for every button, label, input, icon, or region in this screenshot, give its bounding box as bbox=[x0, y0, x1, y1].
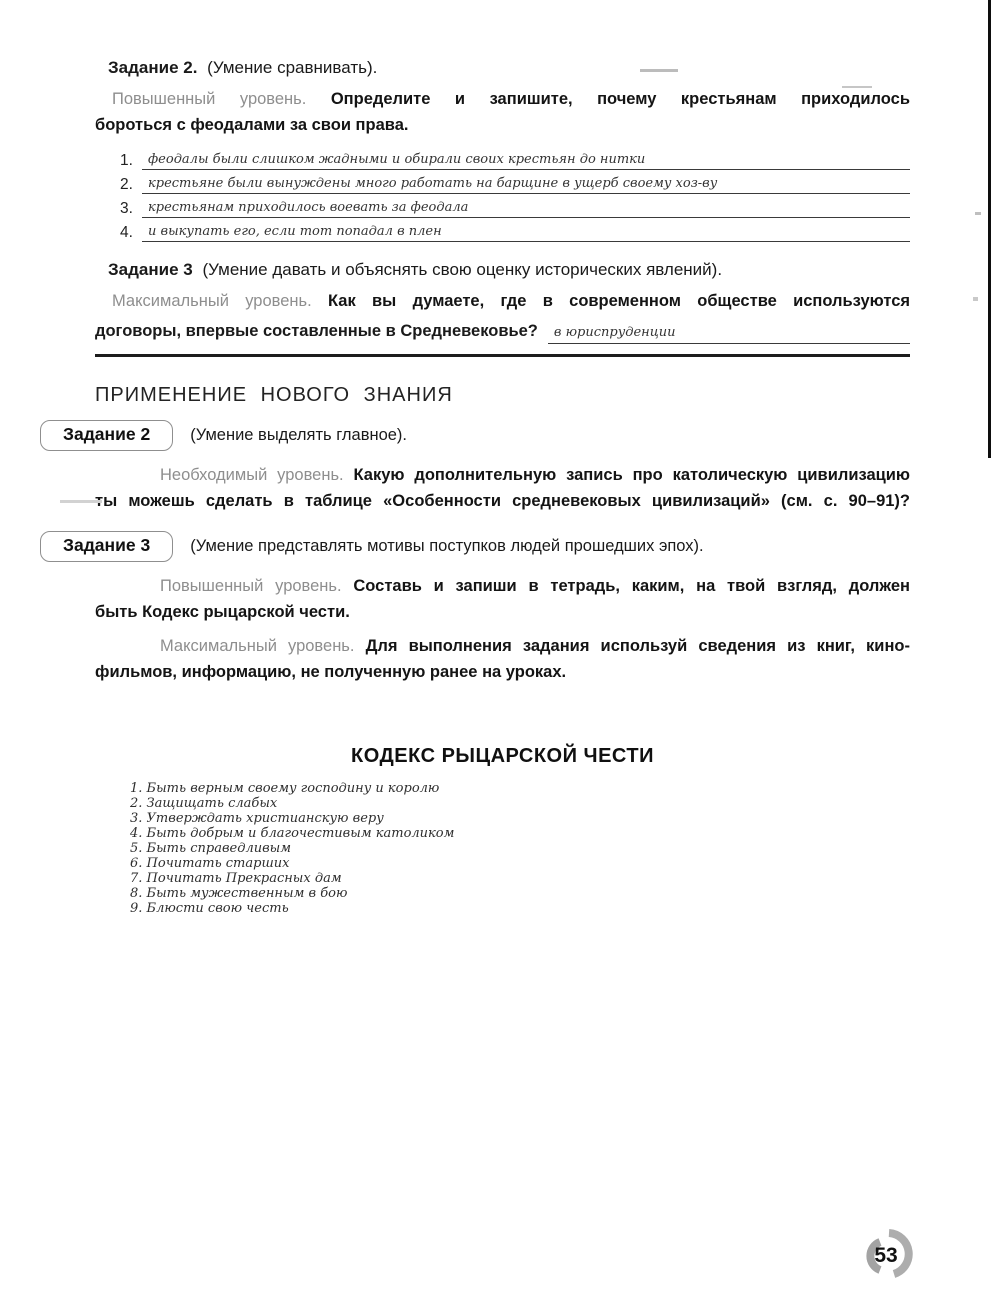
ruled-answer-line: крестьяне были вынуждены много работать … bbox=[142, 174, 910, 194]
answer-row: 1. феодалы были слишком жадными и обирал… bbox=[120, 146, 910, 170]
task3-paragraph2-text1: Для выполнения задания используй сведени… bbox=[366, 637, 910, 655]
codex-item: 8. Быть мужественным в бою bbox=[130, 886, 910, 901]
task2-top-question-line1: Повышенный уровень. Определите и запишит… bbox=[95, 86, 910, 112]
task2-level-label: Необходимый уровень. bbox=[160, 466, 344, 484]
task2-question-line1: Необходимый уровень. Какую дополнительну… bbox=[95, 462, 910, 488]
codex-list: 1. Быть верным своему господину и королю… bbox=[130, 781, 910, 916]
answer-number: 4. bbox=[120, 224, 142, 242]
scan-artifact bbox=[975, 212, 981, 215]
task2-top-title-row: Задание 2. (Умение сравнивать). bbox=[95, 56, 910, 80]
codex-item: 3. Утверждать христианскую веру bbox=[130, 811, 910, 826]
scan-artifact bbox=[842, 86, 872, 88]
task3-top-question-line1: Максимальный уровень. Как вы думаете, гд… bbox=[95, 288, 910, 314]
task2-top-level-label: Повышенный уровень. bbox=[112, 90, 306, 108]
task2-answer-lines: 1. феодалы были слишком жадными и обирал… bbox=[120, 146, 910, 242]
answer-row: 4. и выкупать его, если тот попадал в пл… bbox=[120, 218, 910, 242]
scan-artifact bbox=[640, 69, 678, 72]
codex-item: 4. Быть добрым и благочестивым католиком bbox=[130, 826, 910, 841]
task3-top-question-line2: договоры, впервые составленные в Среднев… bbox=[95, 316, 910, 344]
scan-artifact bbox=[973, 297, 978, 301]
codex-item: 5. Быть справедливым bbox=[130, 841, 910, 856]
task3-top-title: Задание 3 bbox=[108, 260, 193, 279]
handwritten-answer: крестьяне были вынуждены много работать … bbox=[148, 176, 717, 191]
task3-paragraph1-line1: Повышенный уровень. Составь и запиши в т… bbox=[95, 573, 910, 599]
handwritten-answer: и выкупать его, если тот попадал в плен bbox=[148, 224, 442, 239]
task3-level-label-2: Максимальный уровень. bbox=[160, 637, 354, 655]
codex-item: 6. Почитать старших bbox=[130, 856, 910, 871]
task3-top-question-text2: договоры, впервые составленные в Среднев… bbox=[95, 318, 538, 344]
ruled-answer-line: феодалы были слишком жадными и обирали с… bbox=[142, 150, 910, 170]
scan-artifact bbox=[988, 0, 991, 458]
codex-item: 1. Быть верным своему господину и королю bbox=[130, 781, 910, 796]
codex-item: 2. Защищать слабых bbox=[130, 796, 910, 811]
task2-skill: (Умение выделять главное). bbox=[190, 426, 407, 445]
task3-top-level-label: Максимальный уровень. bbox=[112, 292, 312, 310]
task3-paragraph2-line2: фильмов, информацию, не полученную ранее… bbox=[95, 659, 910, 685]
task3-badge-row: Задание 3 (Умение представлять мотивы по… bbox=[40, 528, 910, 565]
task3-skill: (Умение представлять мотивы поступков лю… bbox=[190, 537, 703, 556]
task2-top-question-text1: Определите и запишите, почему крестьянам… bbox=[331, 90, 910, 108]
section-divider bbox=[95, 354, 910, 357]
task2-badge-row: Задание 2 (Умение выделять главное). bbox=[40, 417, 910, 454]
ruled-answer-line: в юриспруденции bbox=[548, 323, 910, 344]
task3-top-title-row: Задание 3 (Умение давать и объяснять сво… bbox=[95, 258, 910, 282]
task2-top-skill: (Умение сравнивать). bbox=[207, 58, 377, 77]
codex-item: 7. Почитать Прекрасных дам bbox=[130, 871, 910, 886]
codex-item: 9. Блюсти свою честь bbox=[130, 901, 910, 916]
ruled-answer-line: и выкупать его, если тот попадал в плен bbox=[142, 222, 910, 242]
page-number-emblem: 53 bbox=[858, 1228, 914, 1284]
page-content: Задание 2. (Умение сравнивать). Повышенн… bbox=[95, 56, 910, 916]
task2-top-question-line2: бороться с феодалами за свои права. bbox=[95, 112, 910, 138]
codex-title: КОДЕКС РЫЦАРСКОЙ ЧЕСТИ bbox=[95, 743, 910, 769]
ruled-answer-line: крестьянам приходилось воевать за феодал… bbox=[142, 198, 910, 218]
page-number: 53 bbox=[858, 1228, 914, 1284]
task2-question-text1: Какую дополнительную запись про католиче… bbox=[354, 466, 910, 484]
handwritten-answer: феодалы были слишком жадными и обирали с… bbox=[148, 152, 645, 167]
task2-badge: Задание 2 bbox=[40, 420, 173, 451]
task3-paragraph1-text1: Составь и запиши в тетрадь, каким, на тв… bbox=[353, 577, 910, 595]
scan-artifact bbox=[60, 500, 102, 503]
task3-top-skill: (Умение давать и объяснять свою оценку и… bbox=[202, 260, 722, 279]
answer-row: 2. крестьяне были вынуждены много работа… bbox=[120, 170, 910, 194]
answer-number: 3. bbox=[120, 200, 142, 218]
answer-number: 1. bbox=[120, 152, 142, 170]
task2-top-title: Задание 2. bbox=[108, 58, 197, 77]
answer-number: 2. bbox=[120, 176, 142, 194]
answer-row: 3. крестьянам приходилось воевать за фео… bbox=[120, 194, 910, 218]
task3-top-question-text1: Как вы думаете, где в современном общест… bbox=[328, 292, 910, 310]
handwritten-answer: крестьянам приходилось воевать за феодал… bbox=[148, 200, 468, 215]
workbook-page: Задание 2. (Умение сравнивать). Повышенн… bbox=[0, 0, 992, 1304]
section-heading: ПРИМЕНЕНИЕ НОВОГО ЗНАНИЯ bbox=[95, 382, 910, 408]
task3-level-label-1: Повышенный уровень. bbox=[160, 577, 342, 595]
task3-paragraph2-line1: Максимальный уровень. Для выполнения зад… bbox=[95, 633, 910, 659]
handwritten-answer: в юриспруденции bbox=[554, 325, 676, 340]
task3-badge: Задание 3 bbox=[40, 531, 173, 562]
task2-question-line2: ты можешь сделать в таблице «Особенности… bbox=[95, 488, 910, 514]
task3-paragraph1-line2: быть Кодекс рыцарской чести. bbox=[95, 599, 910, 625]
